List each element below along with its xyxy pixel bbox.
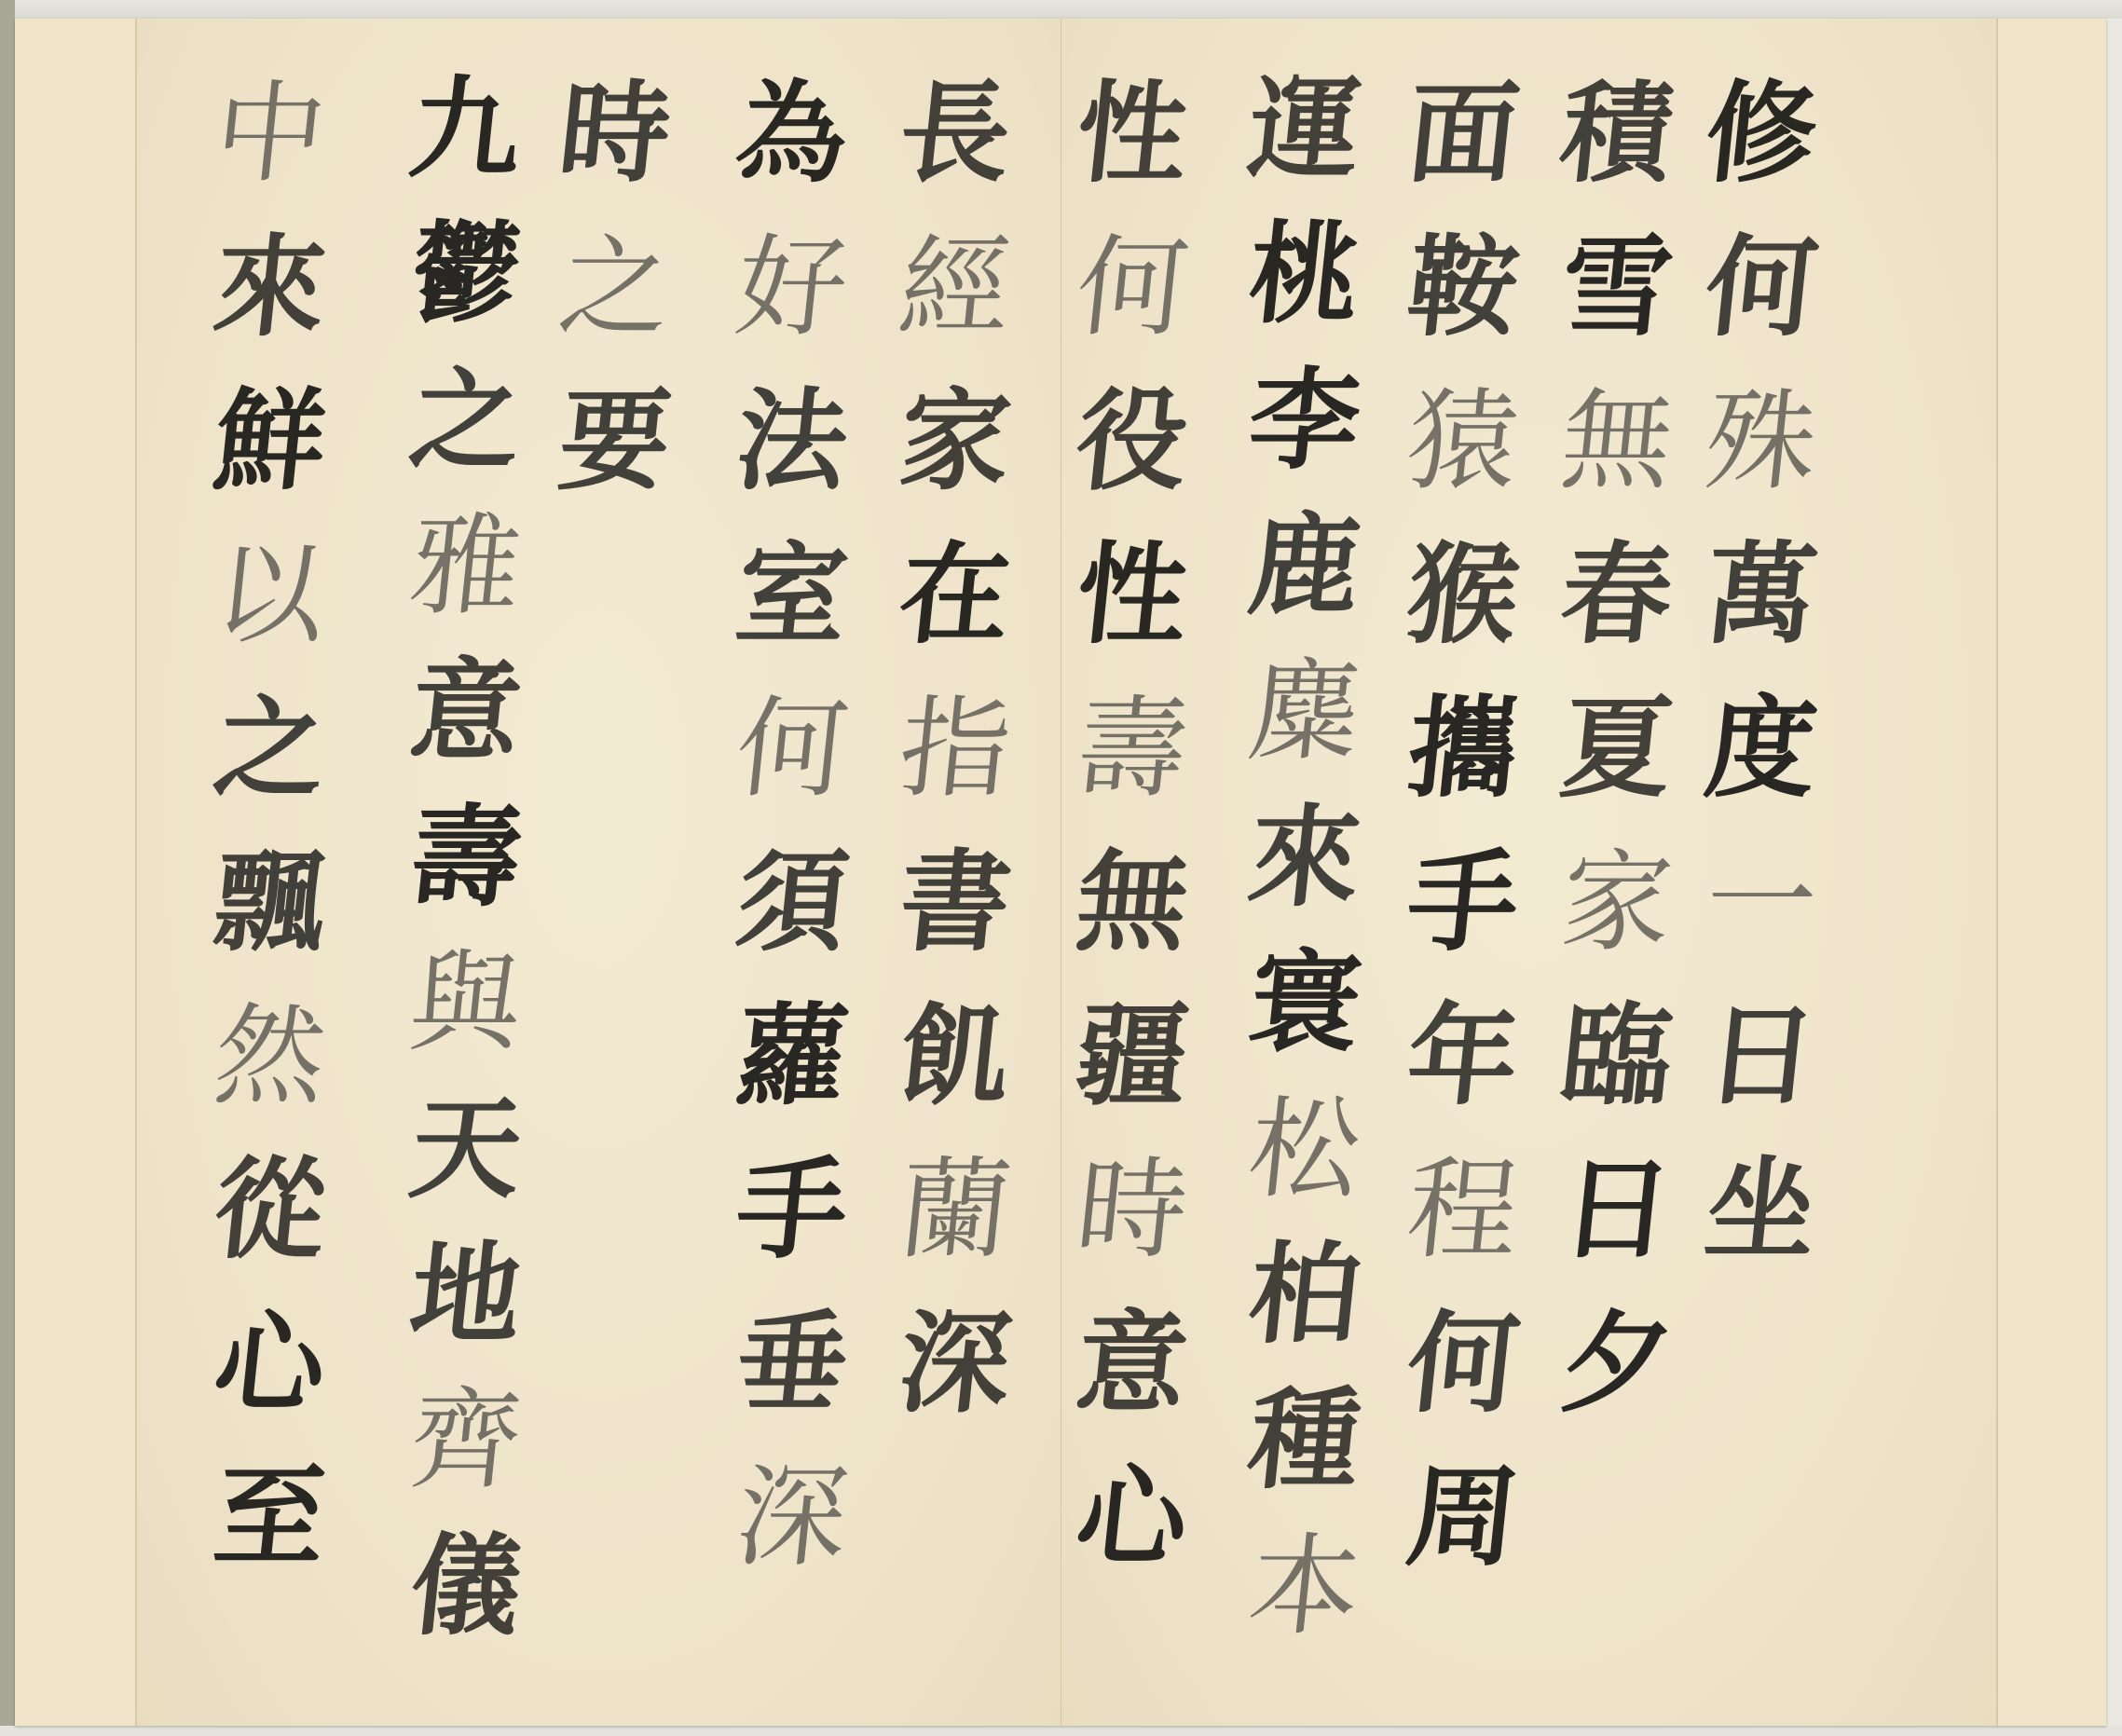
calligraphy-character: 時	[1069, 1132, 1195, 1286]
calligraphy-character: 鹿	[1242, 493, 1367, 638]
backdrop-left	[0, 0, 15, 1736]
calligraphy-character: 室	[729, 517, 855, 671]
calligraphy-character: 疆	[1069, 978, 1195, 1132]
calligraphy-character: 飄	[207, 825, 333, 978]
calligraphy-character: 積	[1554, 56, 1679, 210]
calligraphy-character: 李	[1242, 348, 1367, 493]
calligraphy-character: 性	[1069, 56, 1195, 210]
calligraphy-character: 指	[892, 671, 1018, 825]
calligraphy-character: 攜	[1400, 671, 1526, 825]
calligraphy-character: 須	[729, 825, 855, 978]
calligraphy-character: 松	[1242, 1076, 1367, 1222]
calligraphy-character: 蘭	[892, 1132, 1018, 1286]
calligraphy-character: 意	[1069, 1286, 1195, 1440]
calligraphy-character: 齊	[404, 1367, 528, 1512]
left-mounting-border	[15, 19, 137, 1726]
calligraphy-character: 無	[1554, 363, 1679, 517]
calligraphy-character: 與	[404, 930, 528, 1075]
calligraphy-character: 深	[729, 1440, 855, 1593]
calligraphy-character: 經	[892, 210, 1018, 363]
calligraphy-character: 役	[1069, 363, 1195, 517]
calligraphy-character: 來	[1242, 785, 1367, 930]
left-page-column-4: 九鬱之雅意壽與天地齊儀	[396, 56, 536, 1696]
calligraphy-character: 中	[207, 56, 333, 210]
left-page-column-5: 中來鮮以之飄然從心至	[200, 56, 340, 1696]
backdrop-top	[0, 0, 2122, 19]
calligraphy-character: 春	[1554, 517, 1679, 671]
calligraphy-character: 書	[892, 825, 1018, 978]
right-page-column-5: 性何役性壽無疆時意心	[1062, 56, 1202, 1696]
calligraphy-character: 天	[404, 1076, 528, 1222]
calligraphy-character: 蘿	[729, 978, 855, 1132]
calligraphy-character: 種	[1242, 1367, 1367, 1512]
calligraphy-character: 為	[729, 56, 855, 210]
calligraphy-character: 心	[1069, 1440, 1195, 1593]
calligraphy-character: 夏	[1554, 671, 1679, 825]
calligraphy-character: 面	[1400, 56, 1526, 210]
right-mounting-border	[1996, 19, 2106, 1726]
right-page-column-4: 運桃李鹿麋來寰松柏種本	[1235, 56, 1375, 1696]
calligraphy-character: 心	[207, 1286, 333, 1440]
right-page-column-1: 修何殊萬度一日坐	[1691, 56, 1831, 1696]
calligraphy-character: 手	[729, 1132, 855, 1286]
calligraphy-character: 在	[892, 517, 1018, 671]
left-page-column-3: 時之要	[545, 56, 685, 1696]
calligraphy-character: 何	[729, 671, 855, 825]
calligraphy-character: 鮮	[207, 363, 333, 517]
calligraphy-character: 以	[207, 517, 333, 671]
calligraphy-character: 鞍	[1400, 210, 1526, 363]
calligraphy-character: 家	[1554, 825, 1679, 978]
calligraphy-character: 之	[207, 671, 333, 825]
calligraphy-character: 年	[1400, 978, 1526, 1132]
calligraphy-character: 何	[1400, 1286, 1526, 1440]
calligraphy-character: 程	[1400, 1132, 1526, 1286]
calligraphy-character: 壽	[1069, 671, 1195, 825]
calligraphy-character: 壽	[404, 785, 528, 930]
calligraphy-character: 臨	[1554, 978, 1679, 1132]
calligraphy-character: 日	[1698, 978, 1824, 1132]
calligraphy-character: 萬	[1698, 517, 1824, 671]
calligraphy-character: 性	[1069, 517, 1195, 671]
calligraphy-character: 之	[404, 348, 528, 493]
calligraphy-character: 寰	[1242, 930, 1367, 1075]
calligraphy-character: 儀	[404, 1513, 528, 1659]
calligraphy-character: 然	[207, 978, 333, 1132]
calligraphy-character: 雪	[1554, 210, 1679, 363]
calligraphy-character: 修	[1698, 56, 1824, 210]
right-page-column-2: 積雪無春夏家臨日夕	[1547, 56, 1687, 1696]
calligraphy-character: 一	[1698, 825, 1824, 978]
calligraphy-character: 意	[404, 638, 528, 784]
calligraphy-character: 要	[552, 363, 678, 517]
calligraphy-character: 柏	[1242, 1222, 1367, 1367]
calligraphy-character: 地	[404, 1222, 528, 1367]
calligraphy-character: 夕	[1554, 1286, 1679, 1440]
calligraphy-character: 猿	[1400, 363, 1526, 517]
calligraphy-character: 麋	[1242, 638, 1367, 784]
calligraphy-character: 桃	[1242, 201, 1367, 347]
calligraphy-character: 家	[892, 363, 1018, 517]
calligraphy-character: 法	[729, 363, 855, 517]
calligraphy-character: 何	[1698, 210, 1824, 363]
calligraphy-character: 好	[729, 210, 855, 363]
calligraphy-character: 猴	[1400, 517, 1526, 671]
calligraphy-character: 坐	[1698, 1132, 1824, 1286]
calligraphy-character: 飢	[892, 978, 1018, 1132]
calligraphy-character: 從	[207, 1132, 333, 1286]
calligraphy-character: 雅	[404, 493, 528, 638]
calligraphy-character: 日	[1554, 1132, 1679, 1286]
calligraphy-character: 度	[1698, 671, 1824, 825]
right-page-column-3: 面鞍猿猴攜手年程何周	[1393, 56, 1533, 1696]
calligraphy-character: 手	[1400, 825, 1526, 978]
calligraphy-character: 何	[1069, 210, 1195, 363]
calligraphy-character: 本	[1242, 1513, 1367, 1659]
calligraphy-character: 周	[1400, 1440, 1526, 1593]
calligraphy-character: 之	[552, 210, 678, 363]
calligraphy-character: 運	[1242, 56, 1367, 201]
calligraphy-character: 鬱	[404, 201, 528, 347]
calligraphy-character: 長	[892, 56, 1018, 210]
calligraphy-character: 來	[207, 210, 333, 363]
left-page-column-1: 長經家在指書飢蘭深	[885, 56, 1025, 1696]
calligraphy-character: 深	[892, 1286, 1018, 1440]
calligraphy-character: 至	[207, 1440, 333, 1593]
left-page-column-2: 為好法室何須蘿手垂深	[722, 56, 862, 1696]
calligraphy-character: 垂	[729, 1286, 855, 1440]
calligraphy-character: 殊	[1698, 363, 1824, 517]
calligraphy-character: 無	[1069, 825, 1195, 978]
calligraphy-character: 時	[552, 56, 678, 210]
calligraphy-character: 九	[404, 56, 528, 201]
backdrop-bottom	[0, 1726, 2122, 1736]
